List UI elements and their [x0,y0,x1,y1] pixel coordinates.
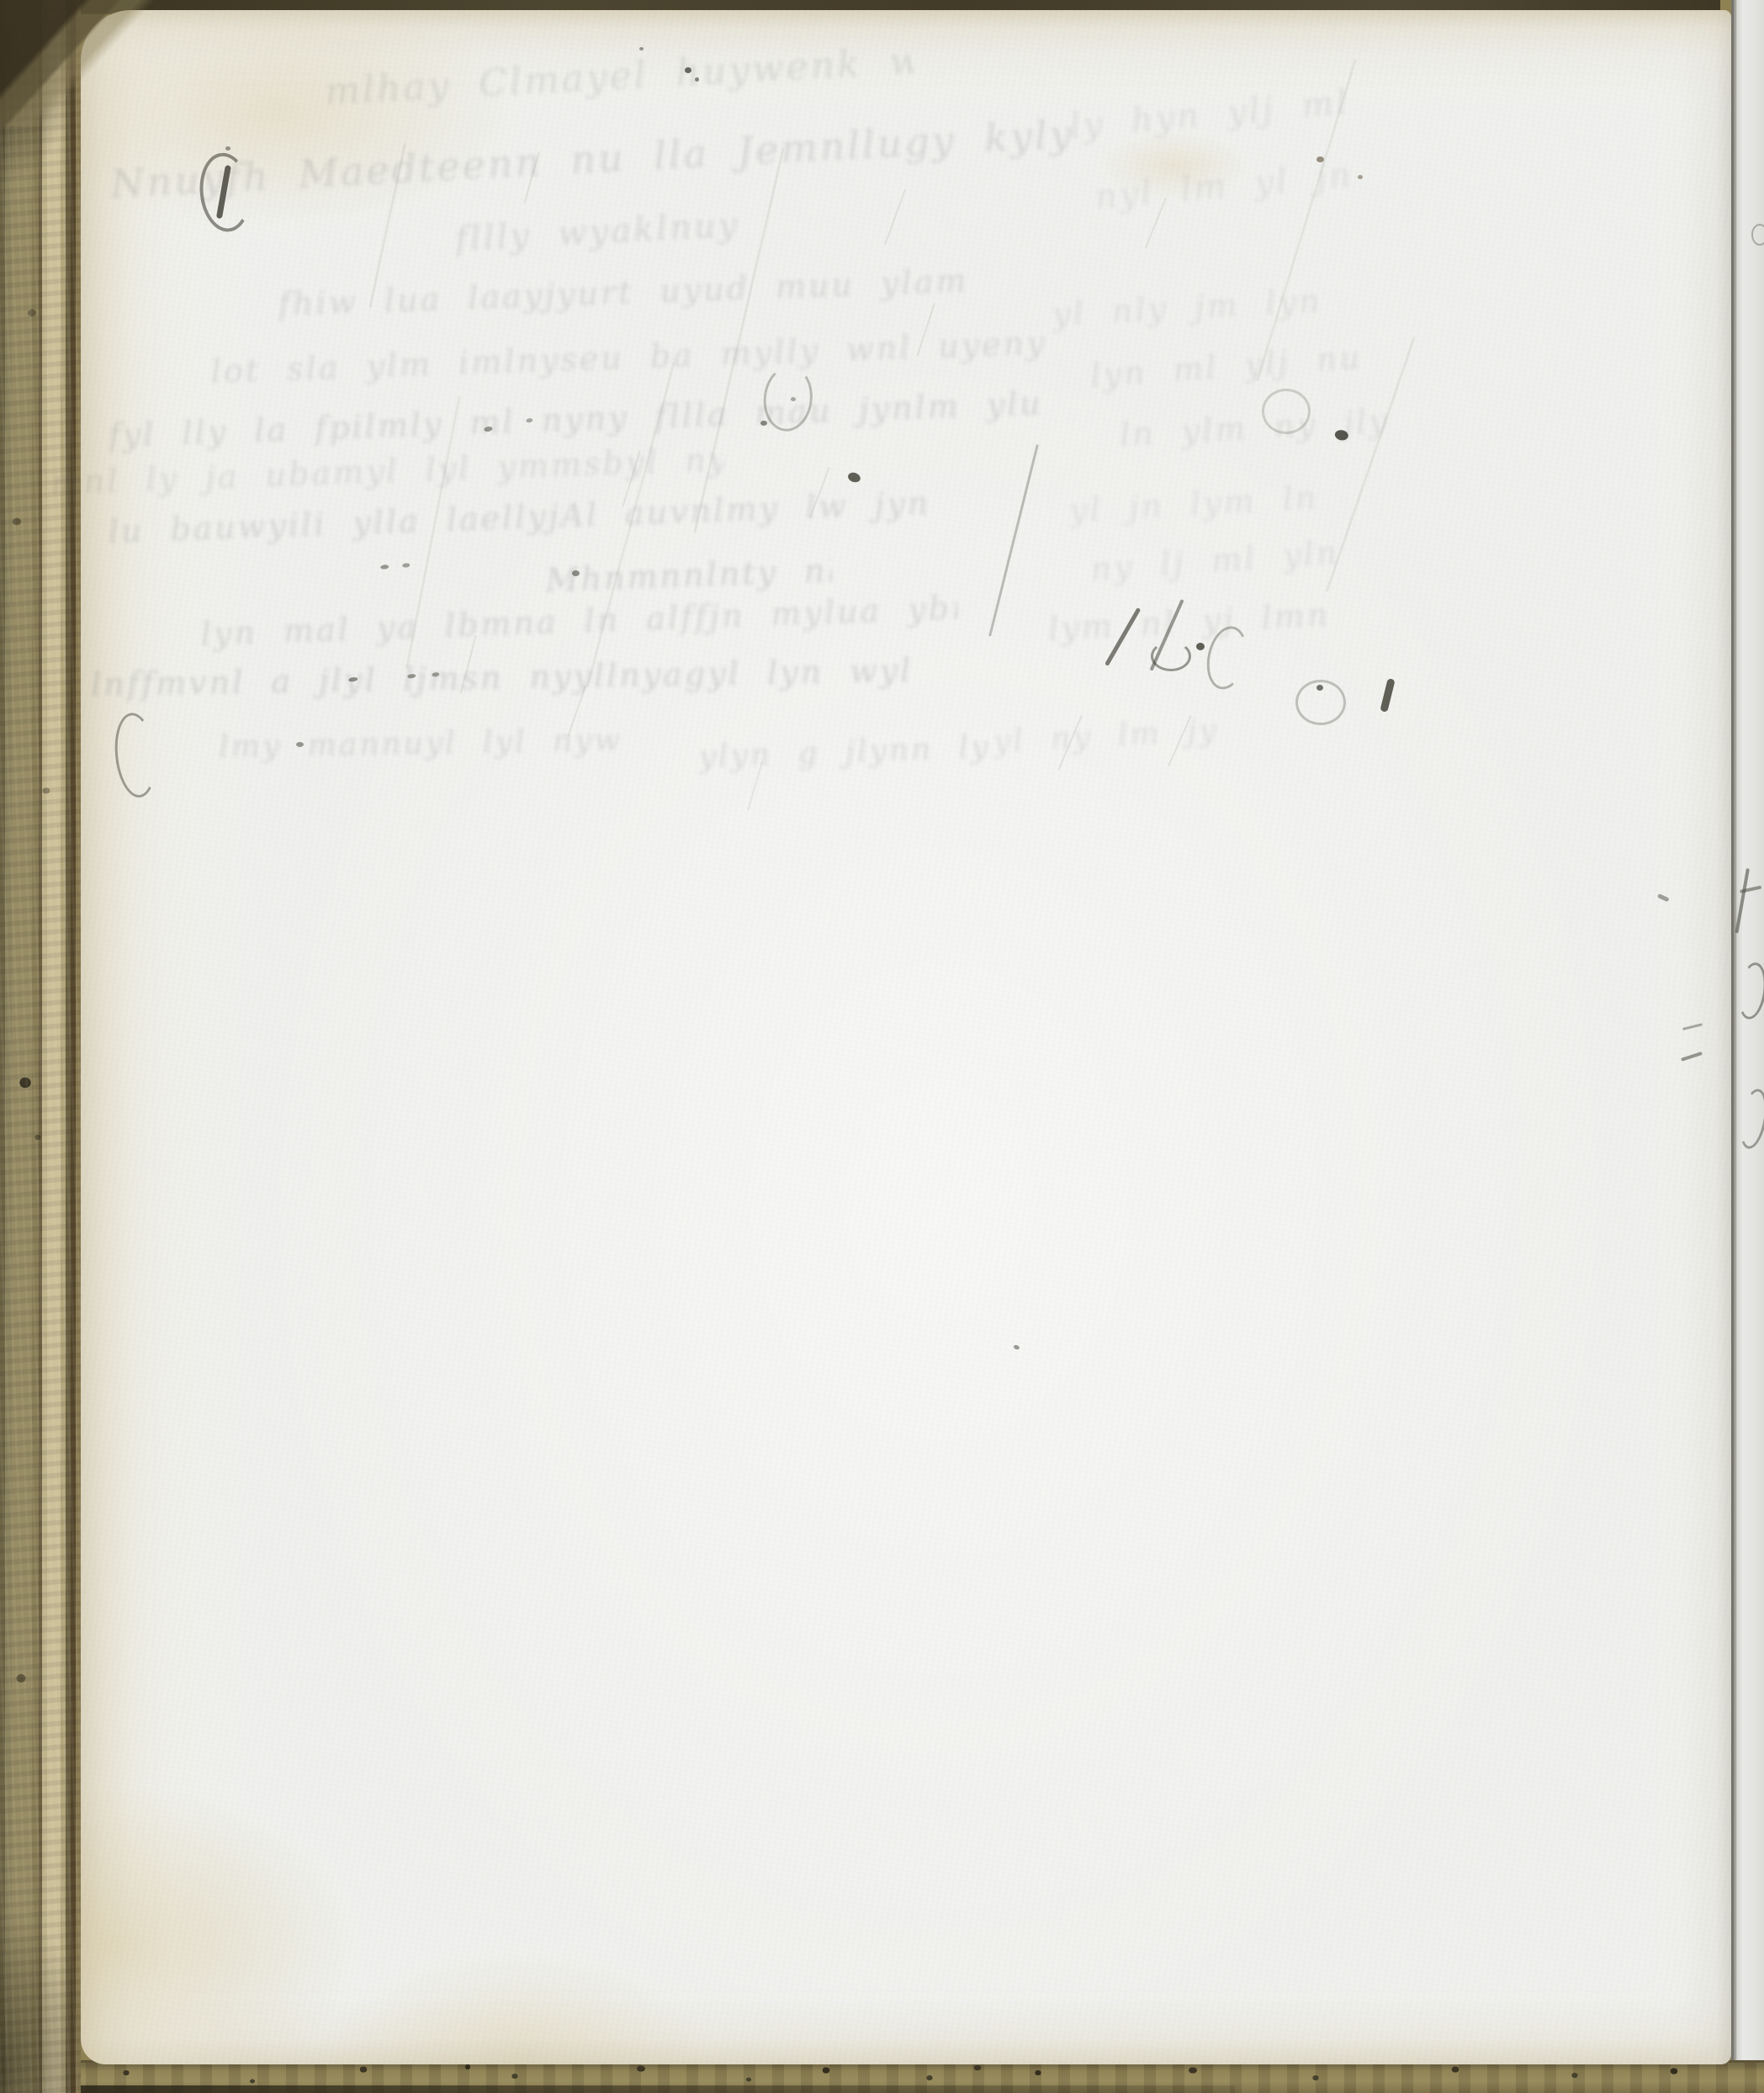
ink-mark [225,146,230,151]
ink-mark [1262,389,1311,434]
ink-mark [1358,175,1363,179]
bleed-through-line: yl ny lm jy [993,712,1255,766]
ink-mark [1316,685,1323,691]
ink-mark [402,563,410,568]
bleed-through-line: nyl lm yl jn [1094,146,1466,224]
ink-mark [296,742,304,747]
bleed-through-line: mlhay Clmayel huywenk wyl [324,40,914,120]
bleed-through-line: lot sla ylm imlnyseu ba mylly wnl uyeny [210,324,1052,396]
next-page-stroke [1751,224,1764,246]
ink-mark [639,47,644,50]
bleed-through-line: ln ylm ny jly [1119,395,1516,459]
ink-mark [884,189,906,245]
bleed-through-line: lmy mannuyl lyl nyw [219,723,657,771]
next-page-stroke [1735,868,1749,934]
ink-mark [1196,643,1205,650]
ink-mark [695,77,699,82]
thick-ink-stroke [1380,678,1395,713]
bleed-through-line: ny lj ml yln [1089,526,1454,594]
ink-mark [572,570,580,576]
ink-mark [380,564,389,570]
bleed-through-line: Nnuyfh Maedteenn nu lla Jemnllugy kyly n… [109,111,1078,214]
bleed-through-line: lnffmvnl a jlyl ljmsn nyyllnyagyl lyn wy… [91,651,941,709]
ink-mark [791,397,796,401]
bleed-through-line: yl nly jm lyn [1052,275,1449,339]
ink-mark [1151,641,1191,671]
ink-mark [760,421,767,426]
bleed-through-line: fhiw lua laayjyurt uyud muu ylam [278,261,1010,330]
bleed-through-line: lyn ml ylj nu [1089,329,1503,400]
ink-layer: mlhay Clmayel huywenk wylNnuyfh Maedteen… [0,0,1764,2093]
ink-mark [1681,1052,1703,1062]
paren-curve [111,711,160,799]
ink-mark [988,444,1039,637]
next-page-stroke [1735,1087,1764,1151]
bleed-through-line: ly hyn ylj ml [1068,72,1475,153]
ink-blob [847,471,862,484]
ink-mark [685,67,691,73]
ink-mark [1013,1344,1020,1350]
manuscript-book-photo: mlhay Clmayel huywenk wylNnuyfh Maedteen… [0,0,1764,2093]
ink-mark [1657,893,1670,902]
bleed-through-line: yl jn lym ln [1068,473,1432,535]
next-page-stroke [1735,961,1764,1021]
ink-mark [1682,1023,1703,1031]
